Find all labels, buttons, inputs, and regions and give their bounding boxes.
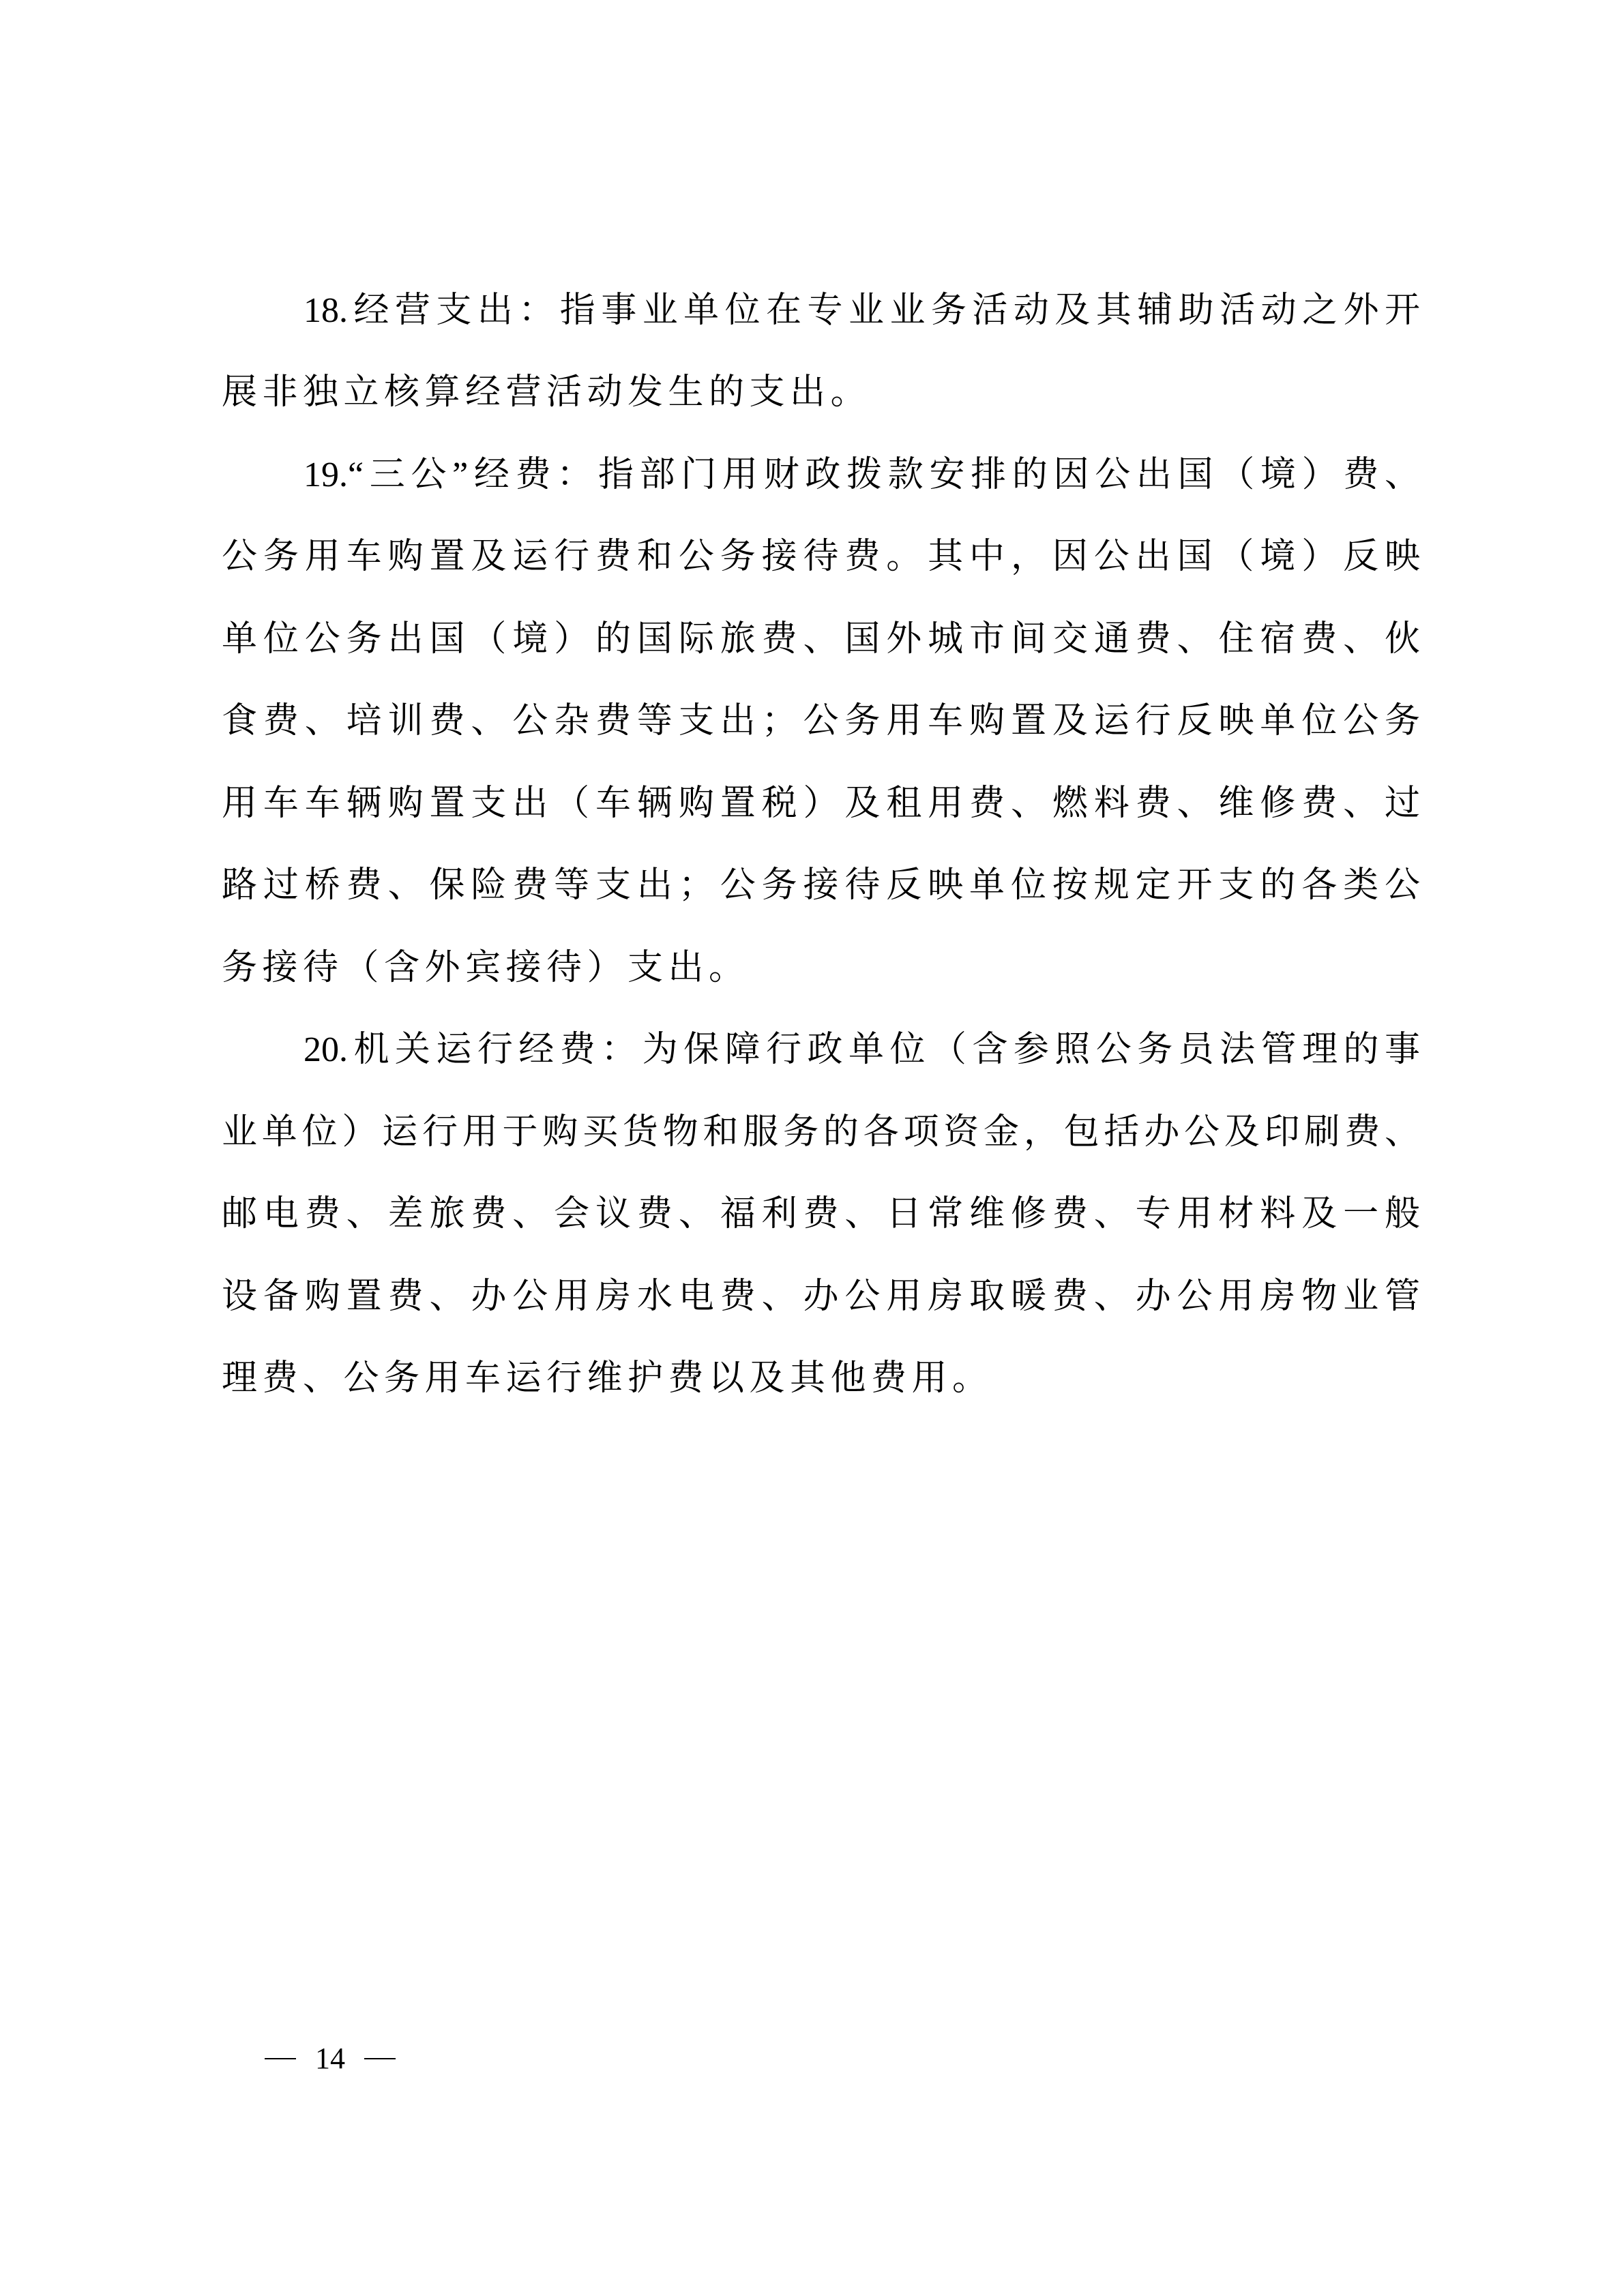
paragraph-line: 业单位）运行用于购买货物和服务的各项资金，包括办公及印刷费、 (222, 1112, 1420, 1153)
paragraph-line: 食费、培训费、公杂费等支出；公务用车购置及运行反映单位公务 (222, 701, 1420, 742)
paragraph-line: 设备购置费、办公用房水电费、办公用房取暖费、办公用房物业管 (222, 1277, 1420, 1317)
paragraph-line: 展非独立核算经营活动发生的支出。 (222, 372, 1420, 413)
paragraph-line: 邮电费、差旅费、会议费、福利费、日常维修费、专用材料及一般 (222, 1194, 1420, 1235)
paragraph-line: 理费、公务用车运行维护费以及其他费用。 (222, 1358, 1420, 1399)
left-dash (265, 2058, 296, 2059)
page-number: 14 (315, 2043, 345, 2074)
page-number-footer: 14 (265, 2043, 396, 2074)
paragraph-line: 路过桥费、保险费等支出；公务接待反映单位按规定开支的各类公 (222, 865, 1420, 906)
right-dash (364, 2058, 396, 2059)
paragraph-line: 公务用车购置及运行费和公务接待费。其中，因公出国（境）反映 (222, 537, 1420, 578)
paragraph-line: 20.机关运行经费：为保障行政单位（含参照公务员法管理的事 (304, 1030, 1420, 1071)
paragraph-line: 19.“三公”经费：指部门用财政拨款安排的因公出国（境）费、 (304, 455, 1420, 496)
document-page: 18.经营支出：指事业单位在专业业务活动及其辅助活动之外开 展非独立核算经营活动… (0, 0, 1624, 2296)
paragraph-line: 务接待（含外宾接待）支出。 (222, 948, 1420, 989)
paragraph-line: 用车车辆购置支出（车辆购置税）及租用费、燃料费、维修费、过 (222, 784, 1420, 824)
paragraph-line: 单位公务出国（境）的国际旅费、国外城市间交通费、住宿费、伙 (222, 619, 1420, 660)
paragraph-line: 18.经营支出：指事业单位在专业业务活动及其辅助活动之外开 (304, 290, 1420, 331)
